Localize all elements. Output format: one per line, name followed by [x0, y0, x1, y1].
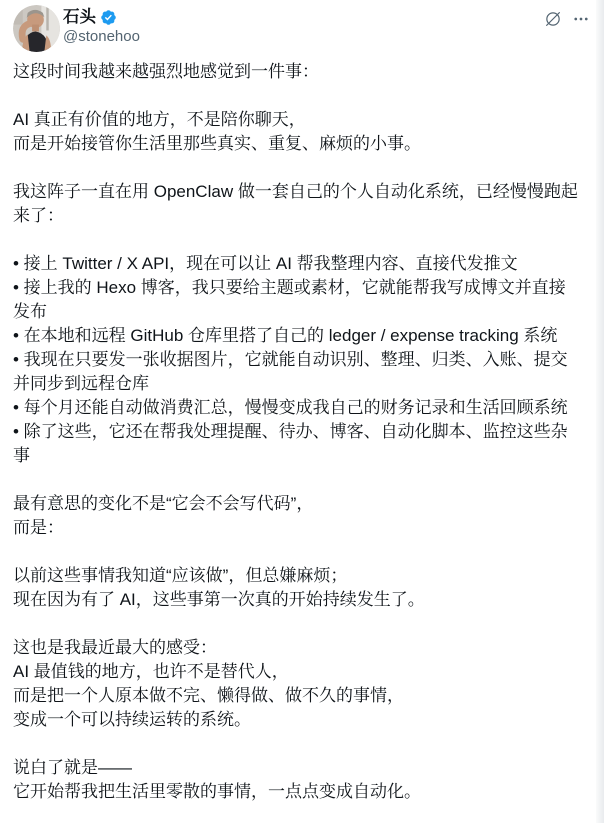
post-line: 而是把一个人原本做不完、懒得做、做不久的事情，: [13, 684, 593, 708]
post-paragraph: 这段时间我越来越强烈地感觉到一件事：: [13, 60, 593, 84]
post-line: • 除了这些，它还在帮我处理提醒、待办、博客、自动化脚本、监控这些杂: [13, 420, 593, 444]
post-line: 来了：: [13, 204, 593, 228]
scrollbar[interactable]: [596, 0, 604, 823]
post-line: • 在本地和远程 GitHub 仓库里搭了自己的 ledger / expens…: [13, 324, 593, 348]
user-handle[interactable]: @stonehoo: [63, 28, 140, 46]
post-line: 说白了就是——: [13, 756, 593, 780]
post-text: 这段时间我越来越强烈地感觉到一件事： AI 真正有价值的地方，不是陪你聊天， 而…: [13, 60, 593, 804]
tweet-detail-card: 石头 @stonehoo 这段时间我越来越强烈地感觉到一件事： AI 真正有价值…: [0, 0, 604, 823]
more-button[interactable]: [570, 8, 592, 30]
post-line: AI 最值钱的地方，也许不是替代人，: [13, 660, 593, 684]
post-paragraph: 这也是我最近最大的感受： AI 最值钱的地方，也许不是替代人， 而是把一个人原本…: [13, 636, 593, 732]
post-line: AI 真正有价值的地方，不是陪你聊天，: [13, 108, 593, 132]
post-line: 而是：: [13, 516, 593, 540]
post-line: • 每个月还能自动做消费汇总，慢慢变成我自己的财务记录和生活回顾系统: [13, 396, 593, 420]
post-line: 而是开始接管你生活里那些真实、重复、麻烦的小事。: [13, 132, 593, 156]
post-line: • 接上 Twitter / X API，现在可以让 AI 帮我整理内容、直接代…: [13, 252, 593, 276]
post-line: 它开始帮我把生活里零散的事情，一点点变成自动化。: [13, 780, 593, 804]
post-paragraph: 最有意思的变化不是“它会不会写代码”， 而是：: [13, 492, 593, 540]
header-actions: [542, 8, 592, 30]
name-row: 石头: [63, 7, 117, 27]
post-line: 现在因为有了 AI，这些事第一次真的开始持续发生了。: [13, 588, 593, 612]
post-paragraph: 说白了就是—— 它开始帮我把生活里零散的事情，一点点变成自动化。: [13, 756, 593, 804]
post-line: • 我现在只要发一张收据图片，它就能自动识别、整理、归类、入账、提交: [13, 348, 593, 372]
post-line: 最有意思的变化不是“它会不会写代码”，: [13, 492, 593, 516]
post-line: 这段时间我越来越强烈地感觉到一件事：: [13, 60, 593, 84]
post-line: 变成一个可以持续运转的系统。: [13, 708, 593, 732]
display-name[interactable]: 石头: [63, 7, 96, 27]
post-paragraph-bullets: • 接上 Twitter / X API，现在可以让 AI 帮我整理内容、直接代…: [13, 252, 593, 468]
post-paragraph: 我这阵子一直在用 OpenClaw 做一套自己的个人自动化系统，已经慢慢跑起 来…: [13, 180, 593, 228]
user-avatar-photo: [13, 5, 60, 52]
post-line: 这也是我最近最大的感受：: [13, 636, 593, 660]
post-paragraph: 以前这些事情我知道“应该做”，但总嫌麻烦； 现在因为有了 AI，这些事第一次真的…: [13, 564, 593, 612]
post-line: 我这阵子一直在用 OpenClaw 做一套自己的个人自动化系统，已经慢慢跑起: [13, 180, 593, 204]
grok-icon: [544, 10, 562, 28]
post-line: • 接上我的 Hexo 博客，我只要给主题或素材，它就能帮我写成博文并直接: [13, 276, 593, 300]
post-line: 以前这些事情我知道“应该做”，但总嫌麻烦；: [13, 564, 593, 588]
more-icon: [572, 10, 590, 28]
verified-badge-icon: [100, 9, 117, 26]
post-line: 发布: [13, 300, 593, 324]
post-line: 并同步到远程仓库: [13, 372, 593, 396]
post-paragraph: AI 真正有价值的地方，不是陪你聊天， 而是开始接管你生活里那些真实、重复、麻烦…: [13, 108, 593, 156]
grok-actions-button[interactable]: [542, 8, 564, 30]
post-line: 事: [13, 444, 593, 468]
avatar[interactable]: [13, 5, 60, 52]
